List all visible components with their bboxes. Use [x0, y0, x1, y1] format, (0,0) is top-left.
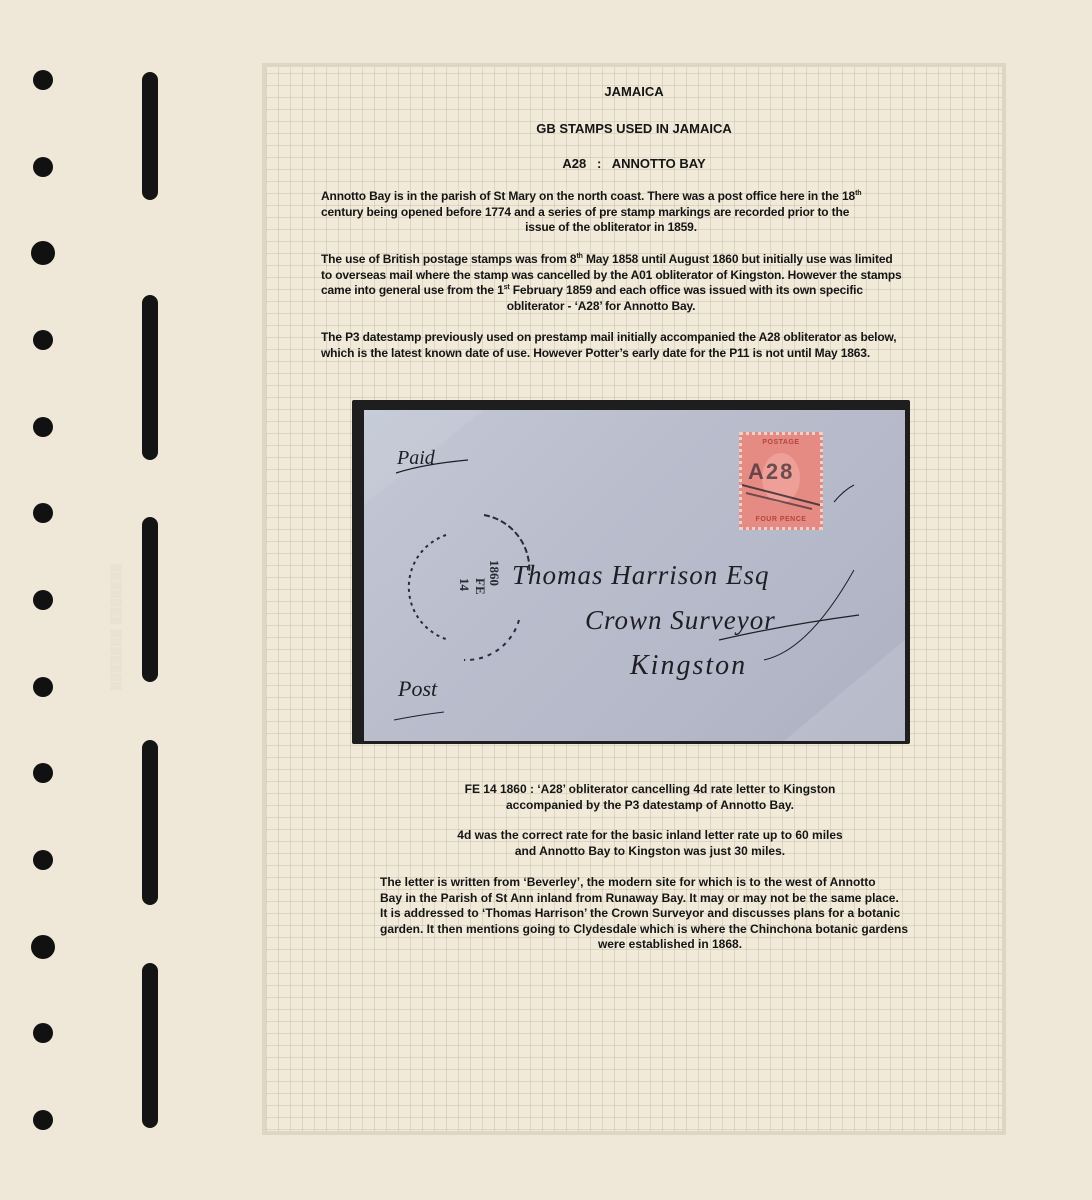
- text-line: May 1858 until August 1860 but initially…: [583, 252, 893, 266]
- binder-hole: [33, 503, 53, 523]
- binder-hole: [33, 850, 53, 870]
- binder-hole: [31, 241, 55, 265]
- stamp: POSTAGE A28 FOUR PENCE: [739, 432, 823, 530]
- binder-hole: [33, 590, 53, 610]
- binder-hole: [33, 157, 53, 177]
- caption-paragraph-3: The letter is written from ‘Beverley’, t…: [380, 875, 960, 953]
- text-line: Bay in the Parish of St Ann inland from …: [380, 891, 960, 907]
- text-line: garden. It then mentions going to Clydes…: [380, 922, 960, 938]
- text-line: 4d was the correct rate for the basic in…: [380, 828, 920, 844]
- address-line: Crown Surveyor: [585, 605, 776, 636]
- manuscript-paid: Paid: [397, 447, 435, 470]
- address-line: Thomas Harrison Esq: [512, 560, 770, 591]
- stamp-bottom-label: FOUR PENCE: [742, 516, 820, 523]
- section-title: A28 : ANNOTTO BAY: [262, 156, 1006, 171]
- binder-hole: [33, 763, 53, 783]
- intro-paragraph-1: Annotto Bay is in the parish of St Mary …: [321, 189, 981, 236]
- text-line: which is the latest known date of use. H…: [321, 346, 1001, 362]
- binder-hole: [33, 70, 53, 90]
- svg-text:FE: FE: [473, 578, 488, 595]
- margin-watermark: ▒▒▒▒▒▒▒ ▒▒▒▒▒▒▒: [110, 500, 140, 690]
- text-line: were established in 1868.: [380, 937, 960, 953]
- text-line: to overseas mail where the stamp was can…: [321, 268, 981, 284]
- text-line: The P3 datestamp previously used on pres…: [321, 330, 1001, 346]
- svg-text:14: 14: [457, 578, 472, 592]
- intro-paragraph-3: The P3 datestamp previously used on pres…: [321, 330, 1001, 361]
- binder-hole: [33, 330, 53, 350]
- caption-paragraph-2: 4d was the correct rate for the basic in…: [380, 828, 920, 859]
- binder-hole: [33, 417, 53, 437]
- svg-text:1860: 1860: [487, 560, 502, 586]
- text-line: obliterator - ‘A28’ for Annotto Bay.: [321, 299, 881, 315]
- text-line: The use of British postage stamps was fr…: [321, 252, 576, 266]
- text-line: Annotto Bay is in the parish of St Mary …: [321, 189, 855, 203]
- text-line: and Annotto Bay to Kingston was just 30 …: [380, 844, 920, 860]
- binder-slot: [142, 72, 158, 200]
- text-line: February 1859 and each office was issued…: [510, 283, 863, 297]
- text-line: accompanied by the P3 datestamp of Annot…: [380, 798, 920, 814]
- binder-slot: [142, 740, 158, 905]
- caption-paragraph-1: FE 14 1860 : ‘A28’ obliterator cancellin…: [380, 782, 920, 813]
- text-line: The letter is written from ‘Beverley’, t…: [380, 875, 960, 891]
- text-line: FE 14 1860 : ‘A28’ obliterator cancellin…: [380, 782, 920, 798]
- binder-hole: [33, 677, 53, 697]
- address-line: Kingston: [630, 650, 747, 682]
- intro-paragraph-2: The use of British postage stamps was fr…: [321, 252, 981, 314]
- obliterator-bars-icon: [742, 435, 820, 527]
- superscript: th: [855, 190, 861, 197]
- binder-slot: [142, 963, 158, 1128]
- text-line: came into general use from the 1: [321, 283, 504, 297]
- page-heading: JAMAICA: [262, 84, 1006, 99]
- text-line: It is addressed to ‘Thomas Harrison’ the…: [380, 906, 960, 922]
- page-subheading: GB STAMPS USED IN JAMAICA: [262, 121, 1006, 136]
- text-line: century being opened before 1774 and a s…: [321, 205, 981, 221]
- binder-hole: [33, 1023, 53, 1043]
- binder-hole: [31, 935, 55, 959]
- binder-hole: [33, 1110, 53, 1130]
- binder-slot: [142, 295, 158, 460]
- manuscript-post: Post: [398, 676, 437, 702]
- text-line: issue of the obliterator in 1859.: [321, 220, 901, 236]
- binder-slot: [142, 517, 158, 682]
